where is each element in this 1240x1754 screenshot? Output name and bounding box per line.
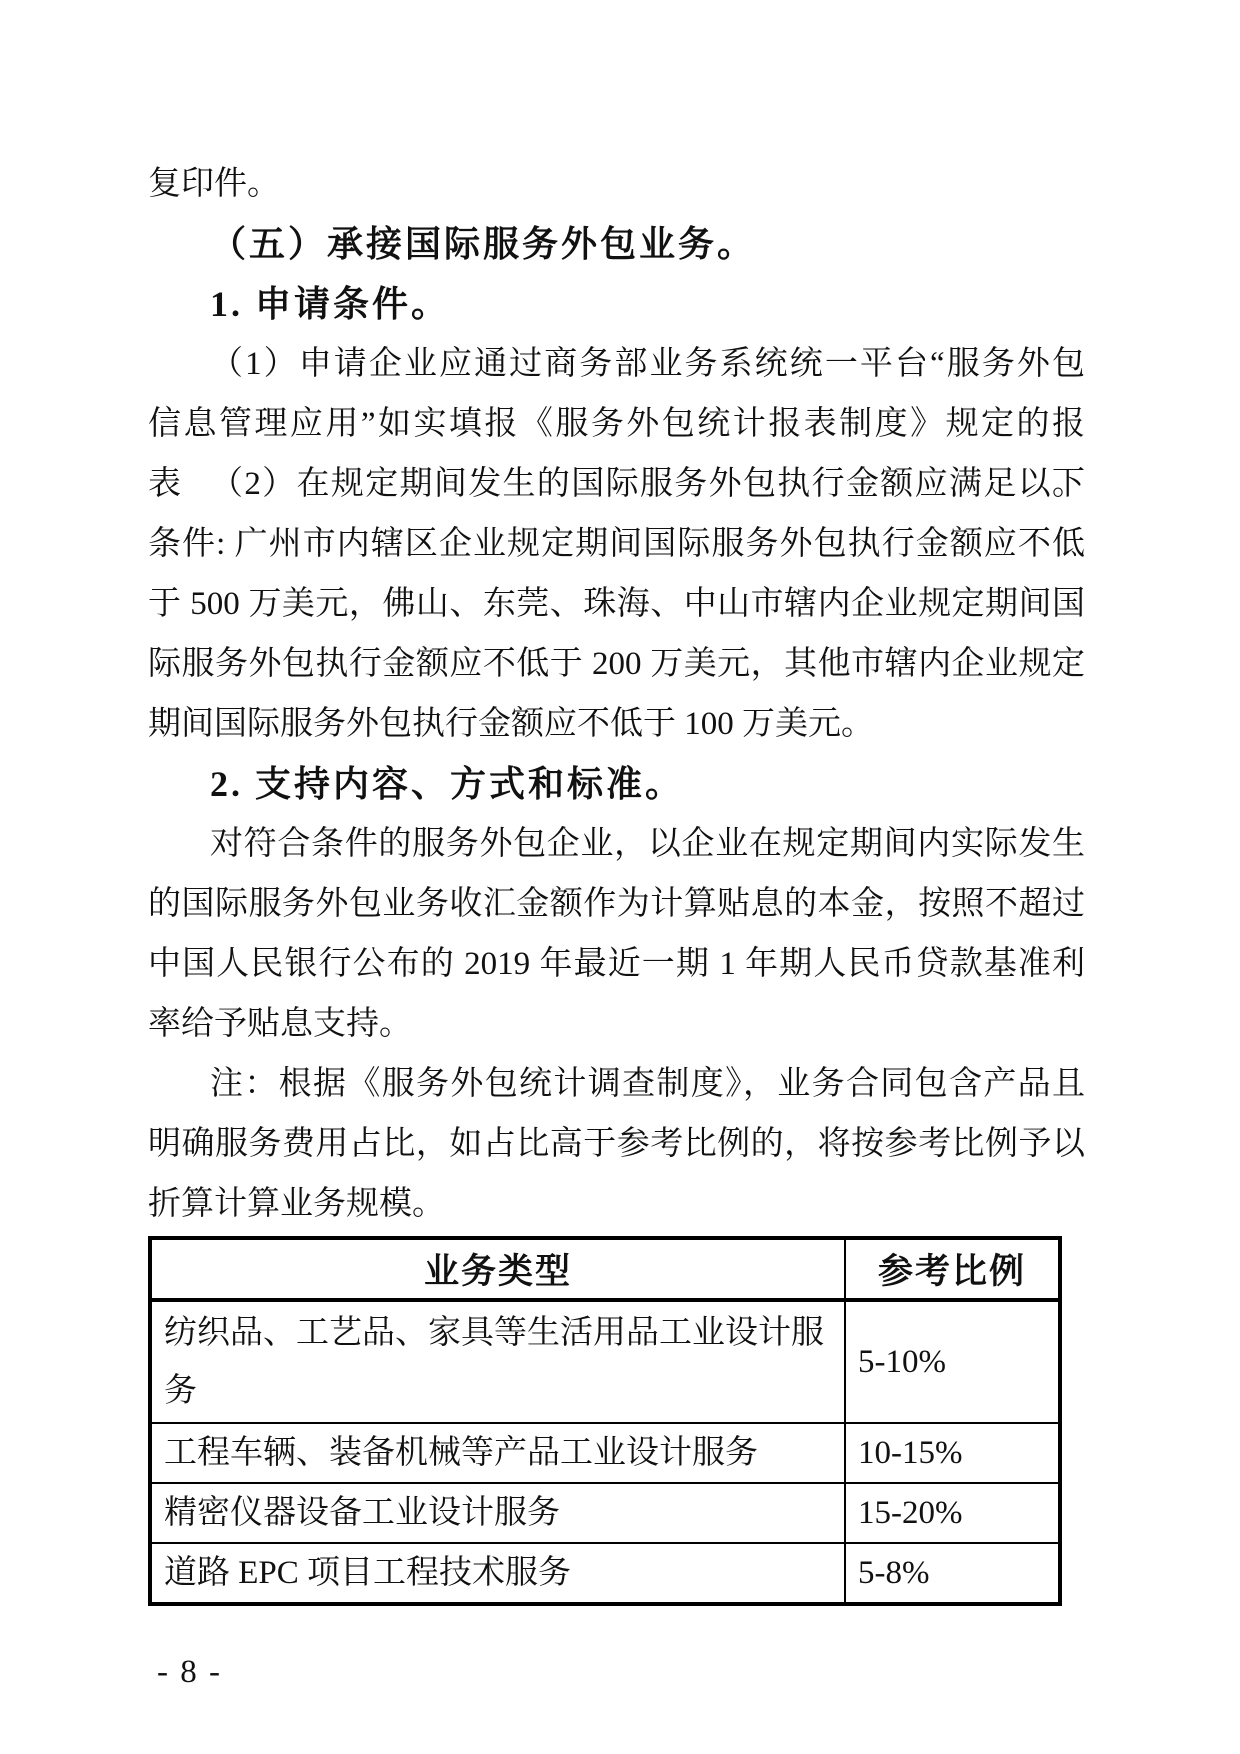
text-line: 复印件。 xyxy=(148,154,1085,214)
page-number: - 8 - xyxy=(157,1652,222,1692)
text-line: 率给予贴息支持。 xyxy=(148,994,1085,1054)
reference-ratio-table: 业务类型 参考比例 纺织品、工艺品、家具等生活用品工业设计服务5-10%工程车辆… xyxy=(148,1236,1062,1606)
text-line: 注：根据《服务外包统计调查制度》，业务合同包含产品且 xyxy=(148,1054,1085,1114)
text-line: 条件: 广州市内辖区企业规定期间国际服务外包执行金额应不低 xyxy=(148,514,1085,574)
reference-ratio-cell: 15-20% xyxy=(845,1483,1060,1543)
column-header-business-type: 业务类型 xyxy=(150,1238,845,1300)
reference-ratio-cell: 5-10% xyxy=(845,1300,1060,1423)
table-body: 纺织品、工艺品、家具等生活用品工业设计服务5-10%工程车辆、装备机械等产品工业… xyxy=(150,1300,1060,1604)
text-line: （五）承接国际服务外包业务。 xyxy=(148,214,1085,274)
business-type-cell: 精密仪器设备工业设计服务 xyxy=(150,1483,845,1543)
table-row: 精密仪器设备工业设计服务15-20% xyxy=(150,1483,1060,1543)
table-row: 道路 EPC 项目工程技术服务5-8% xyxy=(150,1543,1060,1604)
text-line: 际服务外包执行金额应不低于 200 万美元，其他市辖内企业规定 xyxy=(148,634,1085,694)
text-line: 折算计算业务规模。 xyxy=(148,1174,1085,1234)
text-line: 期间国际服务外包执行金额应不低于 100 万美元。 xyxy=(148,694,1085,754)
text-line: 的国际服务外包业务收汇金额作为计算贴息的本金，按照不超过 xyxy=(148,874,1085,934)
text-line: 中国人民银行公布的 2019 年最近一期 1 年期人民币贷款基准利 xyxy=(148,934,1085,994)
document-body: 复印件。（五）承接国际服务外包业务。1. 申请条件。（1）申请企业应通过商务部业… xyxy=(148,154,1085,1234)
table-row: 工程车辆、装备机械等产品工业设计服务10-15% xyxy=(150,1423,1060,1483)
table-row: 纺织品、工艺品、家具等生活用品工业设计服务5-10% xyxy=(150,1300,1060,1423)
table-header-row: 业务类型 参考比例 xyxy=(150,1238,1060,1300)
text-line: 于 500 万美元，佛山、东莞、珠海、中山市辖内企业规定期间国 xyxy=(148,574,1085,634)
text-line: 1. 申请条件。 xyxy=(148,274,1085,334)
reference-ratio-cell: 5-8% xyxy=(845,1543,1060,1604)
text-line: 对符合条件的服务外包企业，以企业在规定期间内实际发生 xyxy=(148,814,1085,874)
business-type-cell: 工程车辆、装备机械等产品工业设计服务 xyxy=(150,1423,845,1483)
reference-ratio-cell: 10-15% xyxy=(845,1423,1060,1483)
column-header-reference-ratio: 参考比例 xyxy=(845,1238,1060,1300)
document-page: 复印件。（五）承接国际服务外包业务。1. 申请条件。（1）申请企业应通过商务部业… xyxy=(0,0,1240,1754)
text-line: 2. 支持内容、方式和标准。 xyxy=(148,754,1085,814)
text-line: （2）在规定期间发生的国际服务外包执行金额应满足以下 xyxy=(148,454,1085,514)
business-type-cell: 道路 EPC 项目工程技术服务 xyxy=(150,1543,845,1604)
text-line: （1）申请企业应通过商务部业务系统统一平台“服务外包 xyxy=(148,334,1085,394)
business-type-cell: 纺织品、工艺品、家具等生活用品工业设计服务 xyxy=(150,1300,845,1423)
text-line: 信息管理应用”如实填报《服务外包统计报表制度》规定的报表。 xyxy=(148,394,1085,454)
text-line: 明确服务费用占比，如占比高于参考比例的，将按参考比例予以 xyxy=(148,1114,1085,1174)
